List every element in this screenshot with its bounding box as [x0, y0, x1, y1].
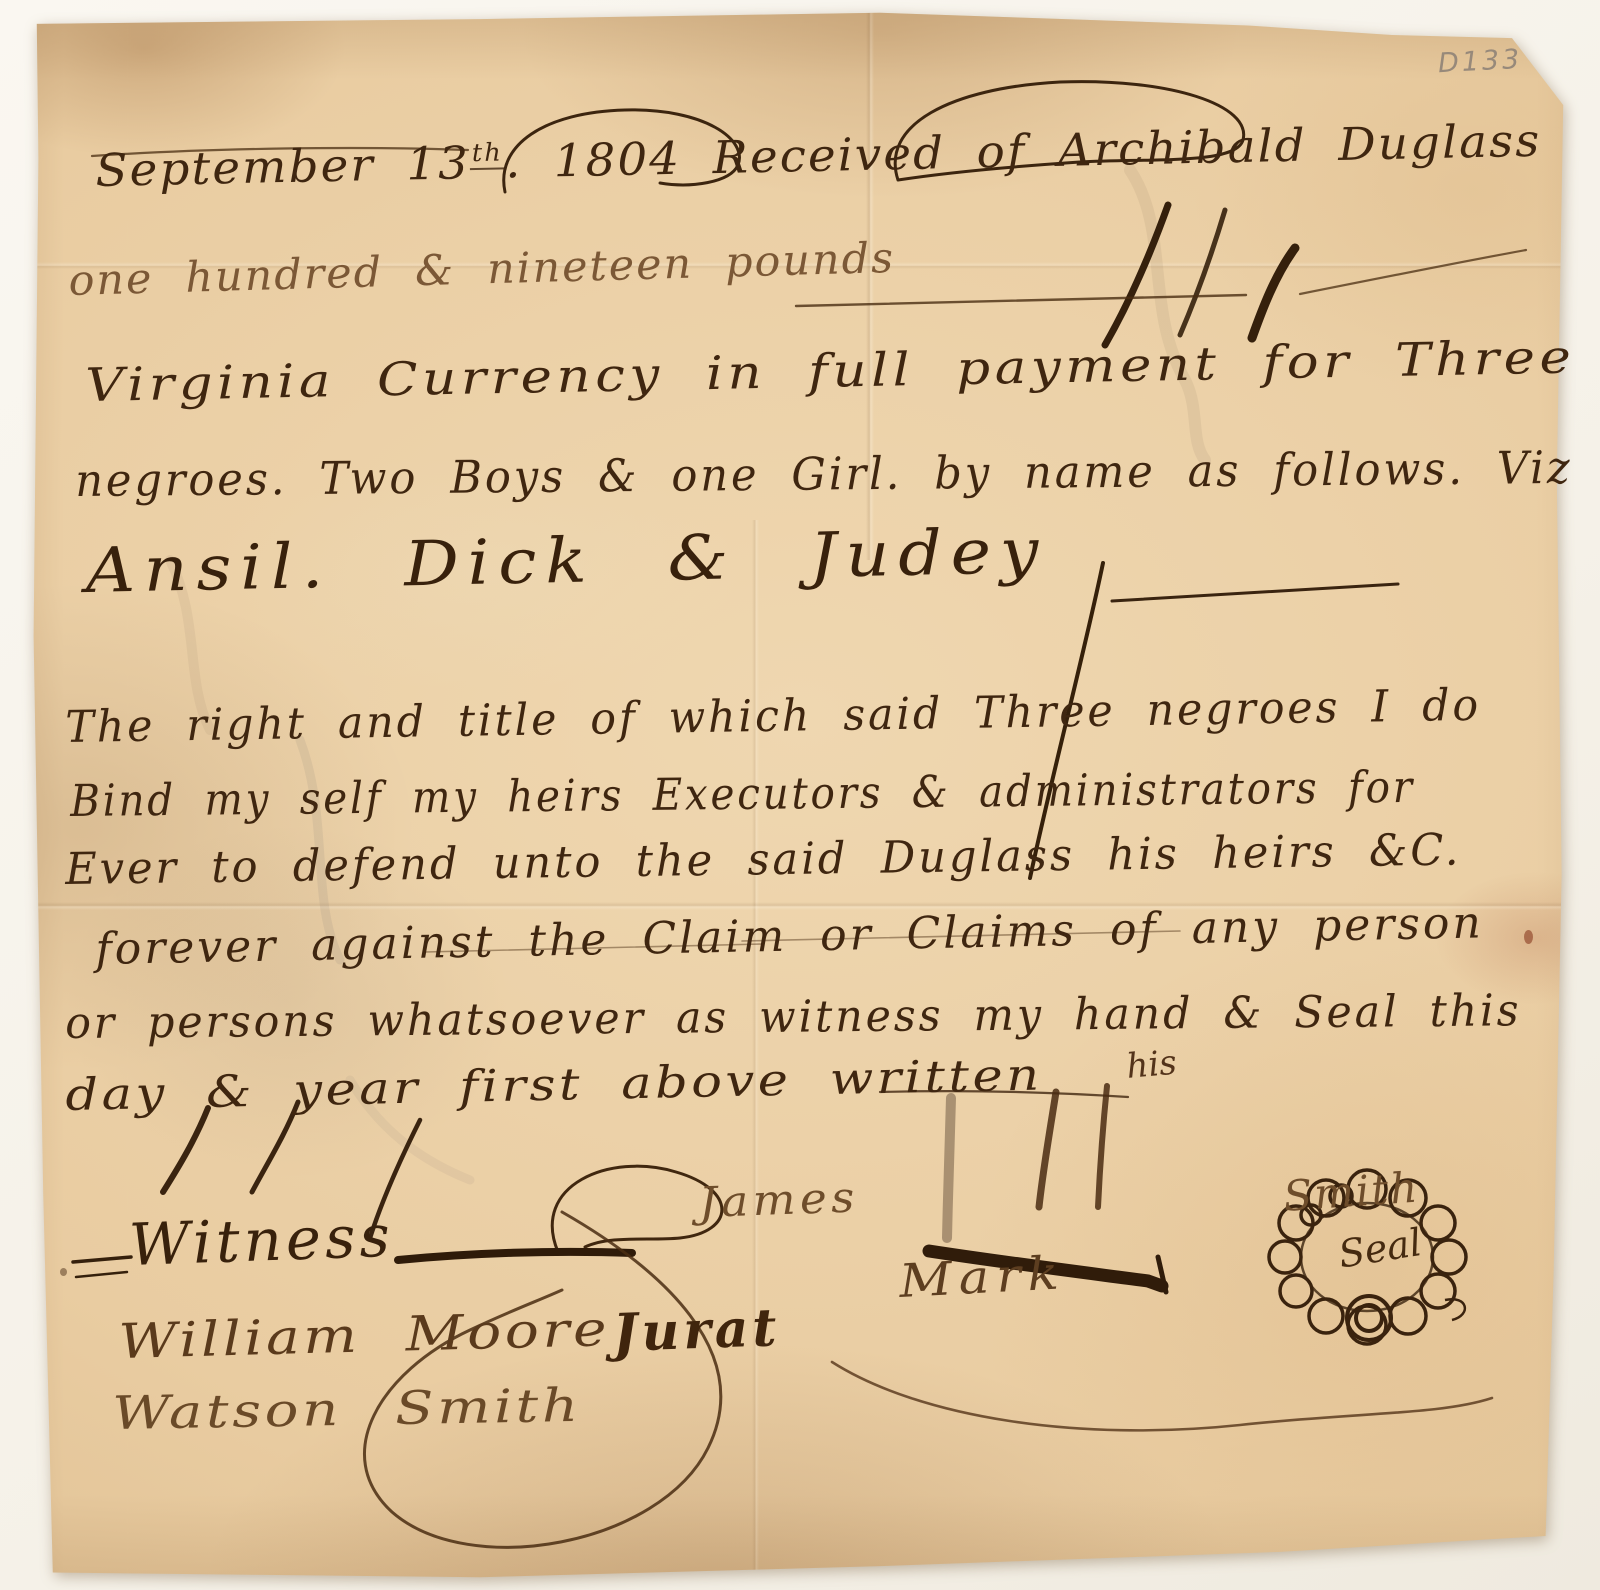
names-line: Ansil. Dick & Judey: [85, 520, 1048, 602]
jurat-label: Jurat: [612, 1302, 781, 1360]
signature-his-label: his: [1125, 1046, 1178, 1084]
signature-given-name: James: [698, 1176, 859, 1224]
witness-signature-2: Watson Smith: [112, 1382, 582, 1436]
ink-stain-spot: [60, 1268, 67, 1276]
ink-stain-spot: [36, 1306, 41, 1316]
signature-mark-label: Mark: [898, 1249, 1066, 1304]
negroes-line: negroes. Two Boys & one Girl. by name as…: [75, 445, 1573, 503]
signature-surname: Smith: [1282, 1167, 1421, 1218]
ink-stain-spot: [1524, 930, 1533, 944]
archive-code: D133: [1437, 44, 1523, 79]
date-superscript: th: [469, 137, 505, 170]
warranty-line: or persons whatsoever as witness my hand…: [65, 989, 1522, 1046]
date-pre: September 13: [95, 136, 471, 197]
witness-signature-1: William Moore: [118, 1305, 611, 1366]
witness-label: Witness: [128, 1207, 395, 1274]
scanned-document: September 13th. 1804 Received of Archiba…: [0, 0, 1600, 1590]
